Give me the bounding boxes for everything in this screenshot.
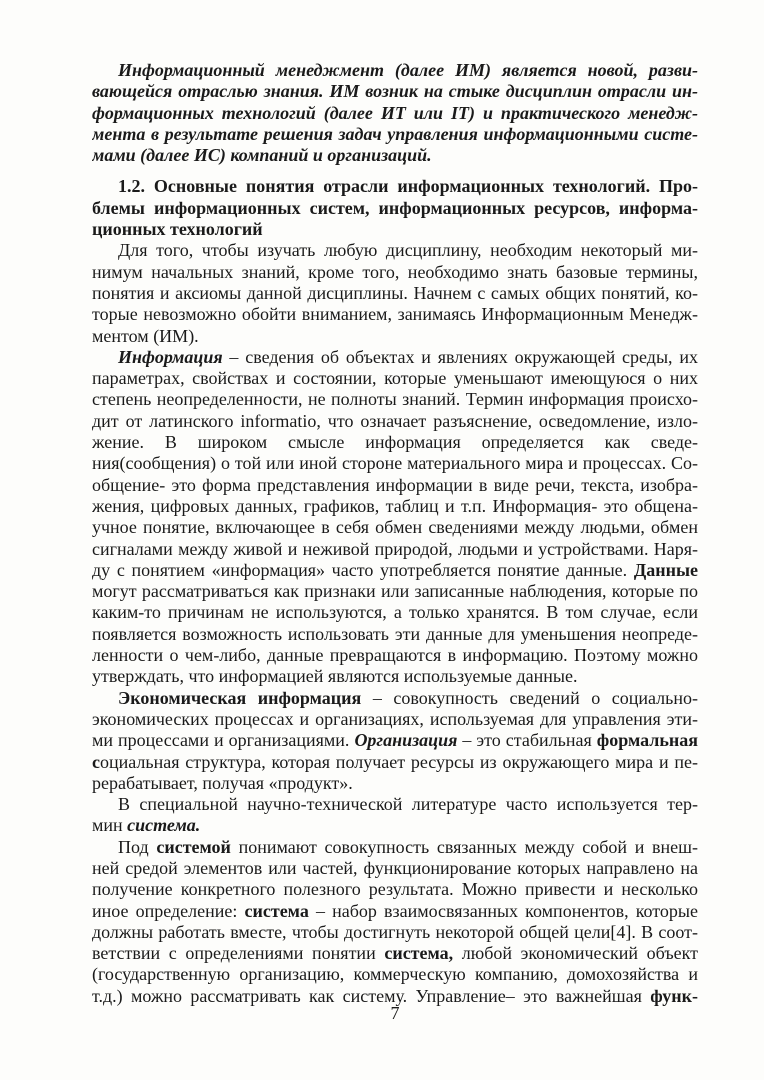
text-block: Информационный менеджмент (далее ИМ) явл…	[92, 60, 698, 1007]
text-run: система.	[127, 815, 200, 835]
text-run: – набор взаимосвязанных компонентов, кот…	[309, 901, 698, 921]
text-run: утверждать, что информацией являются исп…	[92, 666, 577, 686]
text-line: должны работать вместе, чтобы достигнуть…	[92, 922, 698, 943]
text-line: утверждать, что информацией являются исп…	[92, 666, 698, 687]
text-run: появляется возможность использовать эти …	[92, 624, 698, 644]
text-run: сигналами между живой и неживой природой…	[92, 539, 698, 559]
text-run: дит от латинского informatio, что означа…	[92, 411, 698, 431]
document-page: Информационный менеджмент (далее ИМ) явл…	[0, 0, 764, 1080]
text-run: Организация	[354, 730, 457, 750]
text-line: степень неопределенности, не полноты зна…	[92, 389, 698, 410]
text-run: (государственную организацию, коммерческ…	[92, 964, 698, 984]
text-run: учное понятие, включающее в себя обмен с…	[92, 517, 698, 537]
text-run: параметрах, свойствах и состоянии, котор…	[92, 368, 698, 388]
text-run: ду с понятием «информация» часто употреб…	[92, 560, 634, 580]
text-line: (государственную организацию, коммерческ…	[92, 964, 698, 985]
text-run: любой экономический объект	[453, 943, 698, 963]
text-run: оциальная структура, которая получает ре…	[100, 752, 698, 772]
text-run: формальная	[597, 730, 698, 750]
text-run: вающейся отраслью знания. ИМ возник на с…	[92, 81, 698, 101]
paragraph-information: Информация – сведения об объектах и явле…	[92, 347, 698, 688]
text-line: ционных технологий	[92, 219, 698, 240]
text-line: нимум начальных знаний, кроме того, необ…	[92, 262, 698, 283]
text-line: Информационный менеджмент (далее ИМ) явл…	[92, 60, 698, 81]
text-line: мин система.	[92, 815, 698, 836]
text-line: дит от латинского informatio, что означа…	[92, 411, 698, 432]
text-run: блемы информационных систем, информацион…	[92, 198, 698, 218]
text-line: ленности о чем-либо, данные превращаются…	[92, 645, 698, 666]
text-line: общение- это форма представления информа…	[92, 475, 698, 496]
text-run: ми процессами и организациями.	[92, 730, 354, 750]
text-line: социальная структура, которая получает р…	[92, 752, 698, 773]
text-run: Под	[118, 837, 156, 857]
text-run: каким-то причинам не используются, а тол…	[92, 602, 698, 622]
text-line: ней средой элементов или частей, функцио…	[92, 858, 698, 879]
text-run: ния(сообщения) о той или иной стороне ма…	[92, 453, 698, 473]
text-run: должны работать вместе, чтобы достигнуть…	[92, 922, 698, 942]
text-line: мента в результате решения задач управле…	[92, 124, 698, 145]
text-run: мента в результате решения задач управле…	[92, 124, 698, 144]
text-run: – совокупность сведений о социально-	[361, 688, 698, 708]
text-run: торые невозможно обойти вниманием, заним…	[92, 304, 698, 324]
text-run: Информационный менеджмент (далее ИМ) явл…	[118, 60, 698, 80]
text-line: сигналами между живой и неживой природой…	[92, 539, 698, 560]
text-line: экономических процессах и организациях, …	[92, 709, 698, 730]
text-run: мами (далее ИС) компаний и организаций.	[92, 145, 432, 165]
text-line: 1.2. Основные понятия отрасли информацио…	[92, 176, 698, 197]
text-line: формационных технологий (далее ИТ или IT…	[92, 103, 698, 124]
text-run: ментом (ИМ).	[92, 326, 199, 346]
text-line: понятия и аксиомы данной дисциплины. Нач…	[92, 283, 698, 304]
text-run: понятия и аксиомы данной дисциплины. Нач…	[92, 283, 698, 303]
text-run: В специальной научно-технической литерат…	[118, 794, 698, 814]
text-line: блемы информационных систем, информацион…	[92, 198, 698, 219]
text-run: системой	[156, 837, 231, 857]
text-line: ми процессами и организациями. Организац…	[92, 730, 698, 751]
text-run: ветствии с определениями понятии	[92, 943, 384, 963]
text-line: жения, цифровых данных, графиков, таблиц…	[92, 496, 698, 517]
text-line: появляется возможность использовать эти …	[92, 624, 698, 645]
section-heading: 1.2. Основные понятия отрасли информацио…	[92, 176, 698, 240]
paragraph-system: Под системой понимают совокупность связа…	[92, 837, 698, 1007]
text-line: жение. В широком смысле информация опред…	[92, 432, 698, 453]
text-run: иное определение:	[92, 901, 245, 921]
text-run: – сведения об объектах и явлениях окружа…	[223, 347, 698, 367]
text-run: нимум начальных знаний, кроме того, необ…	[92, 262, 698, 282]
lead-paragraph: Информационный менеджмент (далее ИМ) явл…	[92, 60, 698, 166]
text-run: с	[92, 752, 100, 772]
text-line: ду с понятием «информация» часто употреб…	[92, 560, 698, 581]
paragraph-economic-information: Экономическая информация – совокупность …	[92, 688, 698, 794]
text-run: степень неопределенности, не полноты зна…	[92, 389, 698, 409]
text-line: торые невозможно обойти вниманием, заним…	[92, 304, 698, 325]
text-line: Для того, чтобы изучать любую дисциплину…	[92, 240, 698, 261]
text-line: В специальной научно-технической литерат…	[92, 794, 698, 815]
text-run: ционных технологий	[92, 219, 263, 239]
text-run: экономических процессах и организациях, …	[92, 709, 698, 729]
text-run: мин	[92, 815, 127, 835]
paragraph-intro: Для того, чтобы изучать любую дисциплину…	[92, 240, 698, 346]
paragraph-literature: В специальной научно-технической литерат…	[92, 794, 698, 837]
text-run: 1.2. Основные понятия отрасли информацио…	[118, 176, 698, 196]
text-run: жения, цифровых данных, графиков, таблиц…	[92, 496, 698, 516]
text-run: получение конкретного полезного результа…	[92, 879, 698, 899]
text-run: – это стабильная	[457, 730, 596, 750]
text-line: мами (далее ИС) компаний и организаций.	[92, 145, 698, 166]
text-line: получение конкретного полезного результа…	[92, 879, 698, 900]
text-line: Экономическая информация – совокупность …	[92, 688, 698, 709]
text-run: Данные	[634, 560, 698, 580]
text-run: ней средой элементов или частей, функцио…	[92, 858, 698, 878]
text-run: ленности о чем-либо, данные превращаются…	[92, 645, 698, 665]
text-run: понимают совокупность связанных между со…	[231, 837, 698, 857]
text-run: общение- это форма представления информа…	[92, 475, 698, 495]
text-line: рерабатывает, получая «продукт».	[92, 773, 698, 794]
text-run: рерабатывает, получая «продукт».	[92, 773, 353, 793]
text-line: Информация – сведения об объектах и явле…	[92, 347, 698, 368]
text-line: параметрах, свойствах и состоянии, котор…	[92, 368, 698, 389]
text-run: Экономическая информация	[118, 688, 361, 708]
text-line: ния(сообщения) о той или иной стороне ма…	[92, 453, 698, 474]
text-run: система,	[384, 943, 453, 963]
text-run: система	[245, 901, 309, 921]
text-run: могут рассматриваться как признаки или з…	[92, 581, 698, 601]
text-line: Под системой понимают совокупность связа…	[92, 837, 698, 858]
text-run: Информация	[118, 347, 223, 367]
text-line: каким-то причинам не используются, а тол…	[92, 602, 698, 623]
page-number: 7	[92, 1003, 698, 1024]
text-line: вающейся отраслью знания. ИМ возник на с…	[92, 81, 698, 102]
text-run: формационных технологий (далее ИТ или IT…	[92, 103, 698, 123]
text-run: Для того, чтобы изучать любую дисциплину…	[118, 240, 698, 260]
text-run: жение. В широком смысле информация опред…	[92, 432, 698, 452]
text-line: иное определение: система – набор взаимо…	[92, 901, 698, 922]
text-line: ментом (ИМ).	[92, 326, 698, 347]
text-line: учное понятие, включающее в себя обмен с…	[92, 517, 698, 538]
text-line: могут рассматриваться как признаки или з…	[92, 581, 698, 602]
text-line: ветствии с определениями понятии система…	[92, 943, 698, 964]
